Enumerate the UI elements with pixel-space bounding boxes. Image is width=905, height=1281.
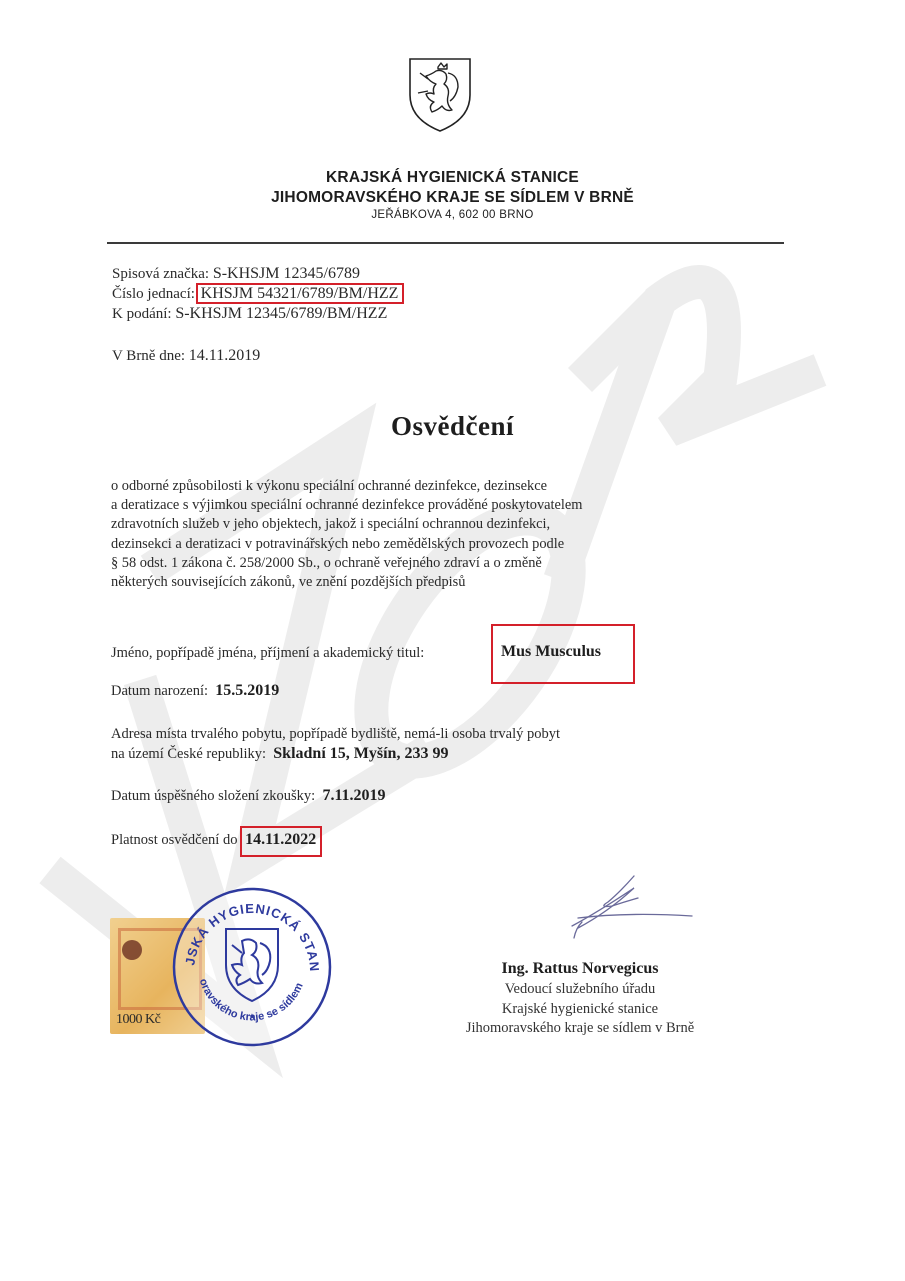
- signatory-role-line2: Krajské hygienické stanice: [440, 1001, 720, 1018]
- cislo-jednaci-row: Číslo jednací: KHSJM 54321/6789/BM/HZZ: [112, 284, 404, 304]
- birth-date-label: Datum narození:: [111, 683, 208, 699]
- paragraph-line: některých souvisejících zákonů, ve znění…: [111, 573, 731, 592]
- validity-row: Platnost osvědčení do 14.11.2022: [111, 826, 322, 857]
- svg-text:★: ★: [248, 1012, 255, 1021]
- birth-date-row: Datum narození: 15.5.2019: [111, 682, 279, 700]
- exam-date-row: Datum úspěšného složení zkoušky: 7.11.20…: [111, 787, 386, 805]
- issue-date-label: V Brně dne:: [112, 348, 185, 364]
- paragraph-line: o odborné způsobilosti k výkonu speciáln…: [111, 477, 731, 496]
- k-podani-label: K podání:: [112, 306, 172, 322]
- certificate-scope-paragraph: o odborné způsobilosti k výkonu speciáln…: [111, 477, 731, 592]
- official-round-stamp: KRAJSKÁ HYGIENICKÁ STANICE Jihomoravskéh…: [170, 885, 334, 1049]
- address-label-line2: na území České republiky:: [111, 746, 266, 762]
- handwritten-signature: [568, 872, 696, 944]
- exam-date-value: 7.11.2019: [322, 787, 385, 804]
- address-label-line1: Adresa místa trvalého pobytu, popřípadě …: [111, 726, 560, 743]
- name-field-value: Mus Musculus: [501, 643, 601, 661]
- cislo-jednaci-label: Číslo jednací:: [112, 286, 195, 302]
- issue-date-value: 14.11.2019: [189, 347, 260, 364]
- paragraph-line: zdravotních služeb v jeho objektech, jak…: [111, 515, 731, 534]
- document-title: Osvědčení: [0, 411, 905, 442]
- signatory-role-line1: Vedoucí služebního úřadu: [440, 981, 720, 998]
- paragraph-line: dezinsekci a deratizaci v potravinářskýc…: [111, 535, 731, 554]
- name-field-label: Jméno, popřípadě jména, příjmení a akade…: [111, 645, 424, 662]
- header-institution-name: KRAJSKÁ HYGIENICKÁ STANICE: [0, 169, 905, 187]
- signatory-name: Ing. Rattus Norvegicus: [440, 960, 720, 978]
- validity-value: 14.11.2022: [240, 826, 322, 857]
- header-institution-region: JIHOMORAVSKÉHO KRAJE SE SÍDLEM V BRNĚ: [0, 189, 905, 207]
- fee-stamp-mark-icon: [122, 940, 142, 960]
- birth-date-value: 15.5.2019: [215, 682, 279, 699]
- fee-stamp-value: 1000 Kč: [116, 1012, 160, 1028]
- header-address: JEŘÁBKOVA 4, 602 00 BRNO: [0, 209, 905, 221]
- exam-date-label: Datum úspěšného složení zkoušky:: [111, 788, 315, 804]
- header-divider: [107, 242, 784, 244]
- czech-lion-crest-icon: [408, 57, 472, 133]
- address-value: Skladní 15, Myšín, 233 99: [273, 745, 448, 762]
- address-row: na území České republiky: Skladní 15, My…: [111, 745, 448, 763]
- spisova-znacka-value: S-KHSJM 12345/6789: [213, 265, 360, 282]
- issue-date-row: V Brně dne: 14.11.2019: [112, 346, 260, 366]
- validity-label: Platnost osvědčení do: [111, 832, 237, 848]
- paragraph-line: a deratizace s výjimkou speciální ochran…: [111, 496, 731, 515]
- paragraph-line: § 58 odst. 1 zákona č. 258/2000 Sb., o o…: [111, 554, 731, 573]
- k-podani-row: K podání: S-KHSJM 12345/6789/BM/HZZ: [112, 304, 387, 324]
- signatory-role-line3: Jihomoravského kraje se sídlem v Brně: [440, 1020, 720, 1037]
- spisova-znacka-label: Spisová značka:: [112, 266, 209, 282]
- k-podani-value: S-KHSJM 12345/6789/BM/HZZ: [175, 305, 387, 322]
- spisova-znacka-row: Spisová značka: S-KHSJM 12345/6789: [112, 264, 360, 284]
- cislo-jednaci-value: KHSJM 54321/6789/BM/HZZ: [196, 283, 405, 304]
